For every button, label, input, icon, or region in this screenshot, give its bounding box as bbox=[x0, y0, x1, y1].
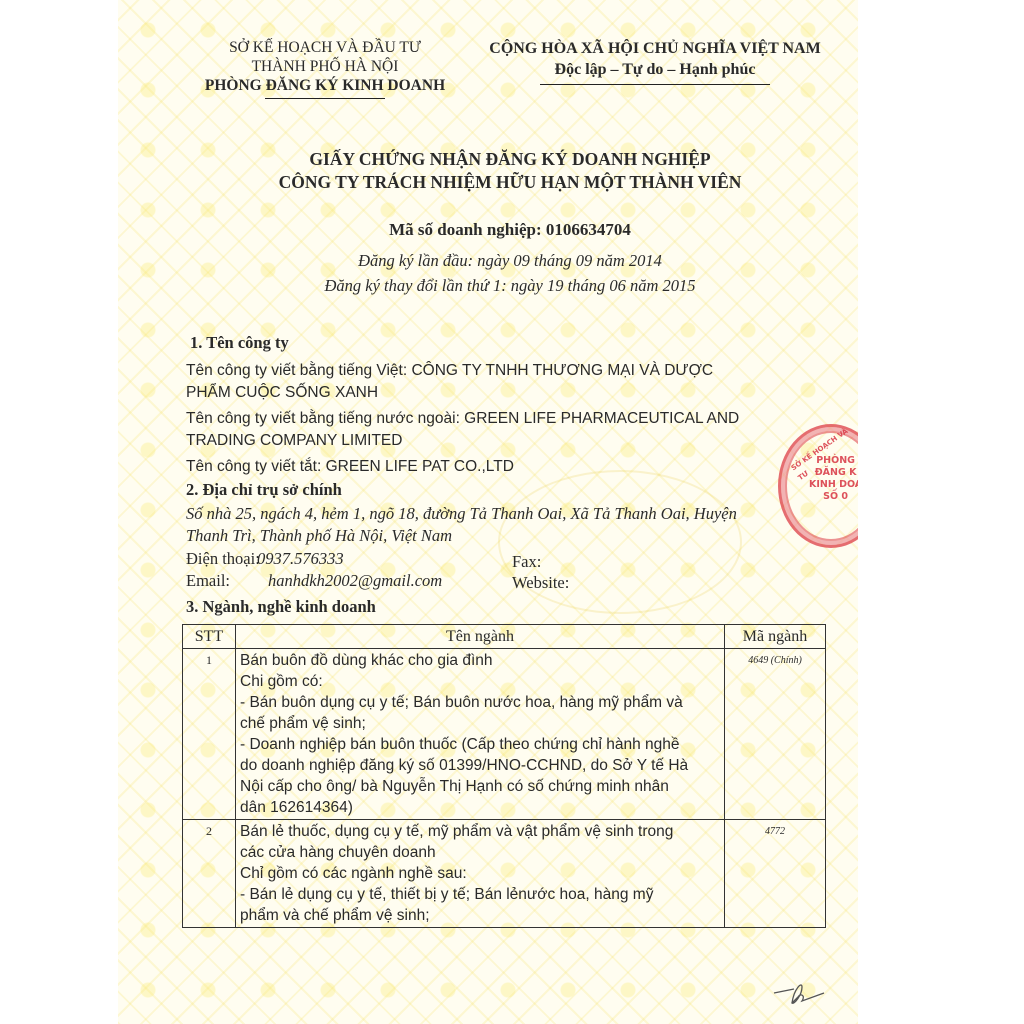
row-code: 4772 bbox=[725, 820, 826, 928]
email-label: Email: bbox=[186, 570, 230, 592]
row-line: dân 162614364) bbox=[240, 797, 720, 818]
stamp-inner-text: PHÒNG ĐĂNG K KINH DOA SỐ 0 bbox=[809, 455, 862, 503]
table-row: 1 Bán buôn đồ dùng khác cho gia đình Chi… bbox=[183, 649, 826, 820]
issuer-underline bbox=[265, 98, 385, 99]
address: Số nhà 25, ngách 4, hẻm 1, ngõ 18, đường… bbox=[186, 503, 826, 547]
page-edge-mask bbox=[858, 400, 898, 560]
title-line-2: CÔNG TY TRÁCH NHIỆM HỮU HẠN MỘT THÀNH VI… bbox=[180, 171, 840, 194]
issuer-line-2: THÀNH PHỐ HÀ NỘI bbox=[190, 57, 460, 76]
national-header: CỘNG HÒA XÃ HỘI CHỦ NGHĨA VIỆT NAM Độc l… bbox=[470, 38, 840, 85]
table-header-row: STT Tên ngành Mã ngành bbox=[183, 625, 826, 649]
phone-label: Điện thoại: bbox=[186, 548, 260, 570]
title-line-1: GIẤY CHỨNG NHẬN ĐĂNG KÝ DOANH NGHIỆP bbox=[180, 148, 840, 171]
row-line: Bán buôn đồ dùng khác cho gia đình bbox=[240, 650, 720, 671]
foreign-name-line-2: TRADING COMPANY LIMITED bbox=[186, 430, 826, 452]
registration-dates: Đăng ký lần đầu: ngày 09 tháng 09 năm 20… bbox=[180, 248, 840, 298]
short-name: Tên công ty viết tắt: GREEN LIFE PAT CO.… bbox=[186, 456, 826, 478]
row-line: phẩm và chế phẩm vệ sinh; bbox=[240, 905, 720, 926]
business-lines-table: STT Tên ngành Mã ngành 1 Bán buôn đồ dùn… bbox=[182, 624, 826, 928]
phone-value: 0937.576333 bbox=[257, 548, 344, 570]
foreign-name-line-1: Tên công ty viết bằng tiếng nước ngoài: … bbox=[186, 408, 826, 430]
issuer-line-1: SỞ KẾ HOẠCH VÀ ĐẦU TƯ bbox=[190, 38, 460, 57]
row-line: Chỉ gồm có các ngành nghề sau: bbox=[240, 863, 720, 884]
stamp-line: ĐĂNG K bbox=[809, 467, 862, 479]
row-line: do doanh nghiệp đăng ký số 01399/HNO-CCH… bbox=[240, 755, 720, 776]
first-registration: Đăng ký lần đầu: ngày 09 tháng 09 năm 20… bbox=[180, 248, 840, 273]
address-line-1: Số nhà 25, ngách 4, hẻm 1, ngõ 18, đường… bbox=[186, 503, 826, 525]
row-line: - Bán buôn dụng cụ y tế; Bán buôn nước h… bbox=[240, 692, 720, 713]
row-line: các cửa hàng chuyên doanh bbox=[240, 842, 720, 863]
section-1-body: Tên công ty viết bằng tiếng Việt: CÔNG T… bbox=[186, 360, 826, 478]
row-line: Nội cấp cho ông/ bà Nguyễn Thị Hạnh có s… bbox=[240, 776, 720, 797]
address-line-2: Thanh Trì, Thành phố Hà Nội, Việt Nam bbox=[186, 525, 826, 547]
col-stt: STT bbox=[183, 625, 236, 649]
row-name: Bán lẻ thuốc, dụng cụ y tế, mỹ phẩm và v… bbox=[236, 820, 725, 928]
col-name: Tên ngành bbox=[236, 625, 725, 649]
row-stt: 2 bbox=[183, 820, 236, 928]
row-name: Bán buôn đồ dùng khác cho gia đình Chi g… bbox=[236, 649, 725, 820]
section-3-heading: 3. Ngành, nghề kinh doanh bbox=[186, 597, 376, 617]
stamp-line: PHÒNG bbox=[809, 455, 862, 467]
row-stt: 1 bbox=[183, 649, 236, 820]
issuer-header: SỞ KẾ HOẠCH VÀ ĐẦU TƯ THÀNH PHỐ HÀ NỘI P… bbox=[190, 38, 460, 99]
section-2-heading: 2. Địa chỉ trụ sở chính bbox=[186, 480, 342, 500]
national-title: CỘNG HÒA XÃ HỘI CHỦ NGHĨA VIỆT NAM bbox=[470, 38, 840, 59]
row-line: - Bán lẻ dụng cụ y tế, thiết bị y tế; Bá… bbox=[240, 884, 720, 905]
table-row: 2 Bán lẻ thuốc, dụng cụ y tế, mỹ phẩm và… bbox=[183, 820, 826, 928]
issuer-line-3: PHÒNG ĐĂNG KÝ KINH DOANH bbox=[190, 76, 460, 95]
stamp-line: SỐ 0 bbox=[809, 491, 862, 503]
email-value: hanhdkh2002@gmail.com bbox=[268, 570, 442, 592]
vn-name-line-1: Tên công ty viết bằng tiếng Việt: CÔNG T… bbox=[186, 360, 826, 382]
row-line: - Doanh nghiệp bán buôn thuốc (Cấp theo … bbox=[240, 734, 720, 755]
change-registration: Đăng ký thay đổi lần thứ 1: ngày 19 thán… bbox=[180, 273, 840, 298]
row-line: Bán lẻ thuốc, dụng cụ y tế, mỹ phẩm và v… bbox=[240, 821, 720, 842]
row-line: chế phẩm vệ sinh; bbox=[240, 713, 720, 734]
signature-icon bbox=[772, 975, 832, 1011]
national-motto: Độc lập – Tự do – Hạnh phúc bbox=[470, 59, 840, 80]
row-line: Chi gồm có: bbox=[240, 671, 720, 692]
motto-underline bbox=[540, 84, 770, 85]
fax-label: Fax: bbox=[512, 551, 541, 573]
section-1-heading: 1. Tên công ty bbox=[190, 333, 289, 353]
enterprise-code: Mã số doanh nghiệp: 0106634704 bbox=[180, 220, 840, 240]
document-title: GIẤY CHỨNG NHẬN ĐĂNG KÝ DOANH NGHIỆP CÔN… bbox=[180, 148, 840, 194]
col-code: Mã ngành bbox=[725, 625, 826, 649]
stamp-line: KINH DOA bbox=[809, 479, 862, 491]
row-code: 4649 (Chính) bbox=[725, 649, 826, 820]
vn-name-line-2: PHẨM CUỘC SỐNG XANH bbox=[186, 382, 826, 404]
website-label: Website: bbox=[512, 572, 569, 594]
